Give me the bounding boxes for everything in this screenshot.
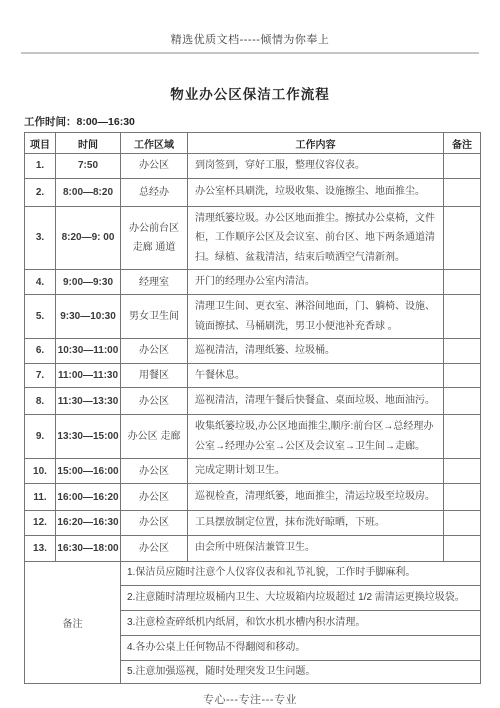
table-row: 3. 8:20—9: 00 办公前台区 走廊 通道 清理纸篓垃圾。办公区地面推尘… bbox=[25, 206, 481, 270]
table-row: 4. 9:00—9:30 经理室 开门的经理办公室内清洁。 bbox=[25, 270, 481, 295]
item-content: 清理纸篓垃圾。办公区地面推尘。擦拭办公桌椅，文件柜，工作顺序公区及会议室、前台区… bbox=[188, 206, 444, 270]
item-no: 3. bbox=[25, 206, 56, 270]
item-time: 16:00—16:20 bbox=[56, 484, 121, 511]
table-header-row: 项目 时间 工作区域 工作内容 备注 bbox=[25, 133, 481, 154]
col-header-remark: 备注 bbox=[444, 133, 481, 154]
item-no: 13. bbox=[25, 535, 56, 561]
col-header-item: 项目 bbox=[25, 133, 56, 154]
item-remark-empty bbox=[444, 270, 481, 295]
item-area: 办公区 bbox=[121, 484, 188, 511]
item-time: 7:50 bbox=[56, 154, 121, 179]
item-content: 巡视清洁，清理纸篓、垃圾桶。 bbox=[188, 339, 444, 364]
item-content: 由会所中班保洁兼管卫生。 bbox=[188, 535, 444, 561]
note-item: 3.注意检查碎纸机内纸屑，和饮水机水槽内积水清理。 bbox=[121, 610, 481, 635]
cleaning-schedule-table: 项目 时间 工作区域 工作内容 备注 1. 7:50 办公区 到岗签到，穿好工服… bbox=[24, 132, 481, 684]
header-divider-line bbox=[21, 52, 479, 54]
item-area: 经理室 bbox=[121, 270, 188, 295]
item-content: 收集纸篓垃圾,办公区地面推尘,顺序:前台区→总经理办公室→经理办公室→公区及会议… bbox=[188, 415, 444, 459]
item-no: 6. bbox=[25, 339, 56, 364]
table-row: 7. 11:00—11:30 用餐区 午餐休息。 bbox=[25, 363, 481, 388]
item-time: 10:30—11:00 bbox=[56, 339, 121, 364]
item-area: 办公区 bbox=[121, 339, 188, 364]
item-area: 办公区 bbox=[121, 154, 188, 179]
item-time: 13:30—15:00 bbox=[56, 415, 121, 459]
item-no: 4. bbox=[25, 270, 56, 295]
table-row: 5. 9:30—10:30 男女卫生间 清理卫生间、更衣室、淋浴间地面，门、躺椅… bbox=[25, 295, 481, 339]
item-remark-empty bbox=[444, 178, 481, 206]
item-remark-empty bbox=[444, 363, 481, 388]
col-header-area: 工作区域 bbox=[121, 133, 188, 154]
col-header-content: 工作内容 bbox=[188, 133, 444, 154]
item-remark-empty bbox=[444, 535, 481, 561]
item-area: 办公区 bbox=[121, 511, 188, 536]
item-no: 5. bbox=[25, 295, 56, 339]
table-row: 2. 8:00—8:20 总经办 办公室杯具刷洗，垃圾收集、设施擦尘、地面推尘。 bbox=[25, 178, 481, 206]
item-area: 办公前台区 走廊 通道 bbox=[121, 206, 188, 270]
item-no: 12. bbox=[25, 511, 56, 536]
page-title: 物业办公区保洁工作流程 bbox=[0, 83, 500, 103]
item-remark-empty bbox=[444, 339, 481, 364]
item-area: 男女卫生间 bbox=[121, 295, 188, 339]
item-time: 11:30—13:30 bbox=[56, 388, 121, 415]
table-row: 9. 13:30—15:00 办公区 走廊 收集纸篓垃圾,办公区地面推尘,顺序:… bbox=[25, 415, 481, 459]
item-content: 办公室杯具刷洗，垃圾收集、设施擦尘、地面推尘。 bbox=[188, 178, 444, 206]
item-no: 7. bbox=[25, 363, 56, 388]
item-content: 工具摆放制定位置，抹布洗好晾晒，下班。 bbox=[188, 511, 444, 536]
item-time: 16:30—18:00 bbox=[56, 535, 121, 561]
item-remark-empty bbox=[444, 295, 481, 339]
table-row: 6. 10:30—11:00 办公区 巡视清洁，清理纸篓、垃圾桶。 bbox=[25, 339, 481, 364]
note-item: 5.注意加强巡视，随时处理突发卫生问题。 bbox=[121, 660, 481, 683]
item-time: 11:00—11:30 bbox=[56, 363, 121, 388]
item-remark-empty bbox=[444, 415, 481, 459]
item-area: 办公区 bbox=[121, 388, 188, 415]
item-time: 9:00—9:30 bbox=[56, 270, 121, 295]
note-item: 2.注意随时清理垃圾桶内卫生、大垃圾箱内垃圾超过 1/2 需清运更换垃圾袋。 bbox=[121, 585, 481, 610]
item-no: 2. bbox=[25, 178, 56, 206]
notes-row: 备注 1.保洁员应随时注意个人仪容仪表和礼节礼貌，工作时手脚麻利。 bbox=[25, 561, 481, 585]
item-content: 午餐休息。 bbox=[188, 363, 444, 388]
table-row: 8. 11:30—13:30 办公区 巡视清洁，清理午餐后快餐盒、桌面垃圾、地面… bbox=[25, 388, 481, 415]
work-time-label: 工作时间：8:00—16:30 bbox=[24, 114, 500, 129]
item-remark-empty bbox=[444, 459, 481, 484]
item-area: 办公区 bbox=[121, 535, 188, 561]
item-content: 清理卫生间、更衣室、淋浴间地面，门、躺椅、设施、镜面擦拭、马桶刷洗，男卫小便池补… bbox=[188, 295, 444, 339]
item-time: 15:00—16:00 bbox=[56, 459, 121, 484]
item-remark-empty bbox=[444, 484, 481, 511]
table-row: 13. 16:30—18:00 办公区 由会所中班保洁兼管卫生。 bbox=[25, 535, 481, 561]
item-no: 11. bbox=[25, 484, 56, 511]
notes-section-label: 备注 bbox=[25, 561, 121, 683]
item-remark-empty bbox=[444, 388, 481, 415]
item-remark-empty bbox=[444, 154, 481, 179]
item-content: 开门的经理办公室内清洁。 bbox=[188, 270, 444, 295]
note-item: 1.保洁员应随时注意个人仪容仪表和礼节礼貌，工作时手脚麻利。 bbox=[121, 561, 481, 585]
item-content: 到岗签到，穿好工服，整理仪容仪表。 bbox=[188, 154, 444, 179]
item-content: 巡视清洁，清理午餐后快餐盒、桌面垃圾、地面油污。 bbox=[188, 388, 444, 415]
table-row: 1. 7:50 办公区 到岗签到，穿好工服，整理仪容仪表。 bbox=[25, 154, 481, 179]
item-content: 完成定期计划卫生。 bbox=[188, 459, 444, 484]
item-no: 10. bbox=[25, 459, 56, 484]
note-item: 4.各办公桌上任何物品不得翻阅和移动。 bbox=[121, 635, 481, 660]
top-promo-note: 精选优质文档-----倾情为你奉上 bbox=[0, 0, 500, 47]
item-area: 总经办 bbox=[121, 178, 188, 206]
item-time: 8:20—9: 00 bbox=[56, 206, 121, 270]
footer-motto: 专心---专注---专业 bbox=[0, 691, 500, 707]
table-row: 12. 16:20—16:30 办公区 工具摆放制定位置，抹布洗好晾晒，下班。 bbox=[25, 511, 481, 536]
item-remark-empty bbox=[444, 511, 481, 536]
table-row: 10. 15:00—16:00 办公区 完成定期计划卫生。 bbox=[25, 459, 481, 484]
item-no: 1. bbox=[25, 154, 56, 179]
item-time: 16:20—16:30 bbox=[56, 511, 121, 536]
item-content: 巡视检查，清理纸篓，地面推尘，清运垃圾至垃圾房。 bbox=[188, 484, 444, 511]
item-area: 办公区 bbox=[121, 459, 188, 484]
item-area: 用餐区 bbox=[121, 363, 188, 388]
item-time: 8:00—8:20 bbox=[56, 178, 121, 206]
table-row: 11. 16:00—16:20 办公区 巡视检查，清理纸篓，地面推尘，清运垃圾至… bbox=[25, 484, 481, 511]
item-no: 9. bbox=[25, 415, 56, 459]
item-time: 9:30—10:30 bbox=[56, 295, 121, 339]
item-remark-empty bbox=[444, 206, 481, 270]
item-no: 8. bbox=[25, 388, 56, 415]
col-header-time: 时间 bbox=[56, 133, 121, 154]
item-area: 办公区 走廊 bbox=[121, 415, 188, 459]
